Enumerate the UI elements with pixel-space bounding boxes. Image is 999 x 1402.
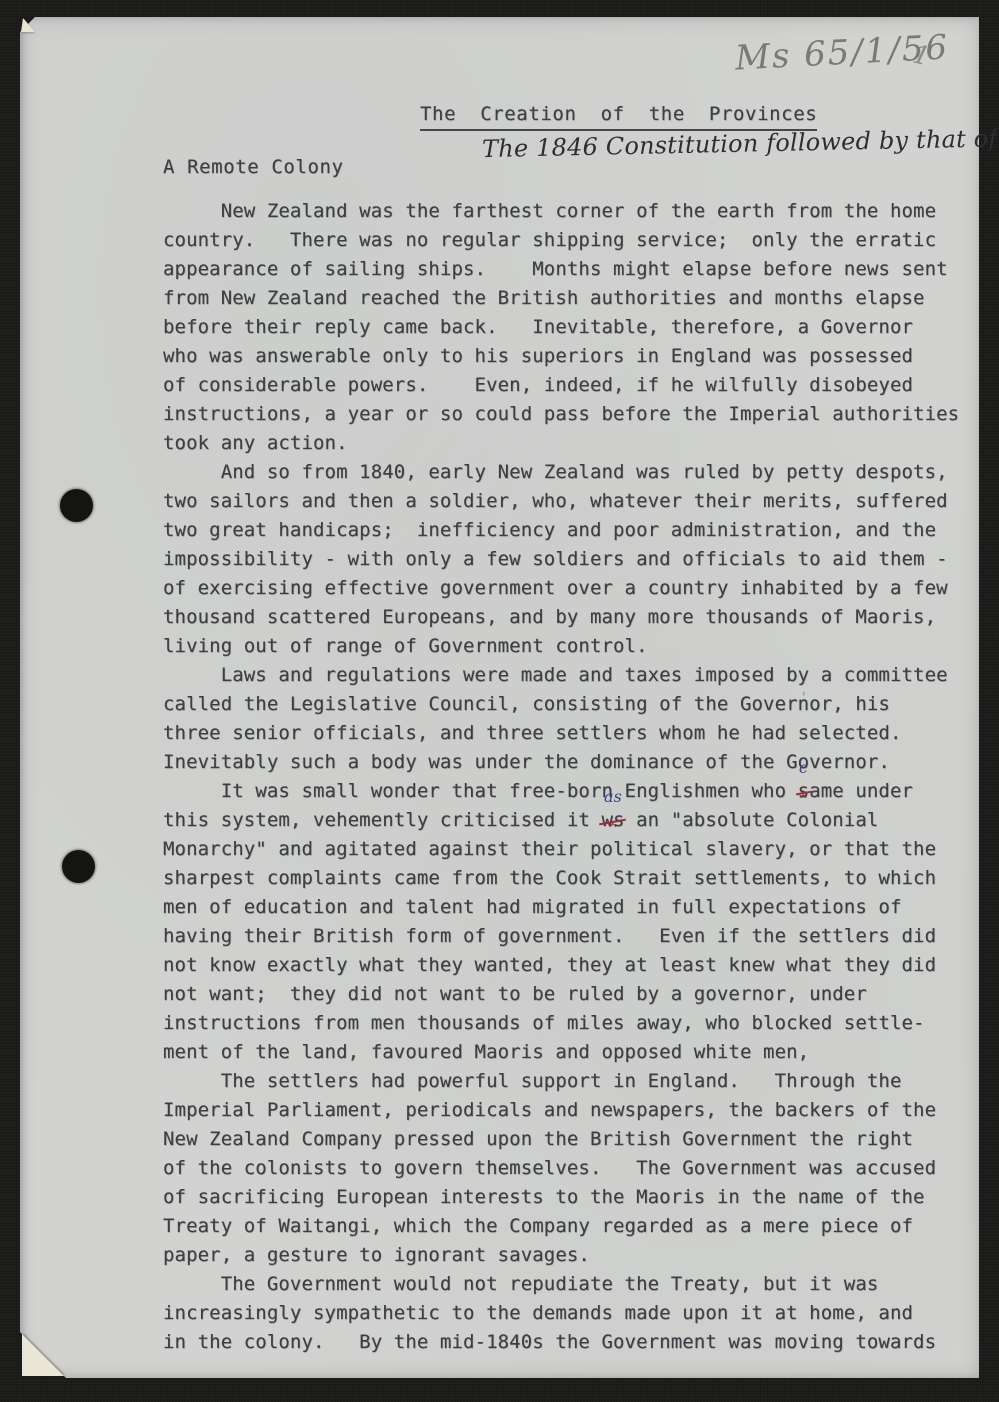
text-line: of sacrificing European interests to the… — [163, 1183, 975, 1212]
typed-text: New Zealand Company pressed upon the Bri… — [163, 1128, 913, 1150]
typescript-body: New Zealand was the farthest corner of t… — [163, 197, 975, 1357]
paragraph: And so from 1840, early New Zealand was … — [163, 458, 975, 661]
bottom-left-corner-fold — [22, 1334, 64, 1376]
punch-hole-icon — [60, 489, 93, 522]
section-heading: A Remote Colony — [163, 156, 344, 178]
typed-text: called the Legislative Council, consisti… — [163, 693, 890, 715]
paragraph: Laws and regulations were made and taxes… — [163, 661, 975, 777]
text-line: sharpest complaints came from the Cook S… — [163, 864, 975, 893]
inline-correction: sc^ — [798, 777, 810, 806]
text-line: paper, a gesture to ignorant savages. — [163, 1241, 975, 1270]
text-line: And so from 1840, early New Zealand was … — [163, 458, 975, 487]
typed-text: not know exactly what they wanted, they … — [163, 954, 936, 976]
typed-text: three senior officials, and three settle… — [163, 722, 902, 744]
text-line: who was answerable only to his superiors… — [163, 342, 975, 371]
text-line: two sailors and then a soldier, who, wha… — [163, 487, 975, 516]
text-line: New Zealand was the farthest corner of t… — [163, 197, 975, 226]
text-line: increasingly sympathetic to the demands … — [163, 1299, 975, 1328]
typed-text: And so from 1840, early New Zealand was … — [163, 461, 948, 483]
text-line: instructions, a year or so could pass be… — [163, 400, 975, 429]
typed-text: appearance of sailing ships. Months migh… — [163, 258, 948, 280]
text-line: New Zealand Company pressed upon the Bri… — [163, 1125, 975, 1154]
typed-text: two great handicaps; inefficiency and po… — [163, 519, 936, 541]
text-line: called the Legislative Council, consisti… — [163, 690, 975, 719]
text-line: of the colonists to govern themselves. T… — [163, 1154, 975, 1183]
typed-text: instructions, a year or so could pass be… — [163, 403, 959, 425]
typed-text: ame under — [809, 780, 913, 802]
typed-text: ment of the land, favoured Maoris and op… — [163, 1041, 809, 1063]
typed-text: Inevitably such a body was under the dom… — [163, 751, 890, 773]
typed-text: Monarchy" and agitated against their pol… — [163, 838, 936, 860]
typed-text: of exercising effective government over … — [163, 577, 948, 599]
typed-text: in the colony. By the mid-1840s the Gove… — [163, 1331, 936, 1353]
typed-text: Imperial Parliament, periodicals and new… — [163, 1099, 936, 1121]
text-line: impossibility - with only a few soldiers… — [163, 545, 975, 574]
text-line: It was small wonder that free-born Engli… — [163, 777, 975, 806]
text-line: having their British form of government.… — [163, 922, 975, 951]
inline-correction: wsas^ — [601, 806, 624, 835]
text-line: instructions from men thousands of miles… — [163, 1009, 975, 1038]
text-line: thousand scattered Europeans, and by man… — [163, 603, 975, 632]
paragraph: The Government would not repudiate the T… — [163, 1270, 975, 1357]
typescript-page: Ms 65/1/56 1 ’ The Creation of the Provi… — [20, 17, 979, 1378]
typed-text: having their British form of government.… — [163, 925, 936, 947]
text-line: country. There was no regular shipping s… — [163, 226, 975, 255]
typed-text: Treaty of Waitangi, which the Company re… — [163, 1215, 913, 1237]
typed-text: The settlers had powerful support in Eng… — [163, 1070, 902, 1092]
typed-text: men of education and talent had migrated… — [163, 896, 902, 918]
text-line: The settlers had powerful support in Eng… — [163, 1067, 975, 1096]
typed-text: New Zealand was the farthest corner of t… — [163, 200, 936, 222]
text-line: men of education and talent had migrated… — [163, 893, 975, 922]
typed-text: The Government would not repudiate the T… — [163, 1273, 878, 1295]
typed-text: sharpest complaints came from the Cook S… — [163, 867, 936, 889]
handwritten-correction: as — [601, 789, 624, 805]
page-title: The Creation of the Provinces — [420, 103, 817, 131]
punch-hole-icon — [62, 850, 95, 883]
typed-text: thousand scattered Europeans, and by man… — [163, 606, 936, 628]
text-line: not want; they did not want to be ruled … — [163, 980, 975, 1009]
text-line: not know exactly what they wanted, they … — [163, 951, 975, 980]
text-line: Monarchy" and agitated against their pol… — [163, 835, 975, 864]
typed-text: not want; they did not want to be ruled … — [163, 983, 867, 1005]
typed-text: an "absolute Colonial — [625, 809, 879, 831]
typed-text: who was answerable only to his superiors… — [163, 345, 913, 367]
caret-mark: ^ — [601, 823, 624, 836]
paragraph: The settlers had powerful support in Eng… — [163, 1067, 975, 1270]
text-line: of exercising effective government over … — [163, 574, 975, 603]
typed-text: living out of range of Government contro… — [163, 635, 648, 657]
typed-text: paper, a gesture to ignorant savages. — [163, 1244, 590, 1266]
typed-text: impossibility - with only a few soldiers… — [163, 548, 948, 570]
typed-text: of considerable powers. Even, indeed, if… — [163, 374, 913, 396]
text-line: Treaty of Waitangi, which the Company re… — [163, 1212, 975, 1241]
typed-text: took any action. — [163, 432, 348, 454]
text-line: Imperial Parliament, periodicals and new… — [163, 1096, 975, 1125]
text-line: living out of range of Government contro… — [163, 632, 975, 661]
text-line: three senior officials, and three settle… — [163, 719, 975, 748]
typed-text: increasingly sympathetic to the demands … — [163, 1302, 913, 1324]
paragraph: It was small wonder that free-born Engli… — [163, 777, 975, 1067]
text-line: of considerable powers. Even, indeed, if… — [163, 371, 975, 400]
caret-mark: ^ — [798, 794, 810, 807]
text-line: in the colony. By the mid-1840s the Gove… — [163, 1328, 975, 1357]
typed-text: before their reply came back. Inevitable… — [163, 316, 913, 338]
typed-text: of sacrificing European interests to the… — [163, 1186, 925, 1208]
text-line: this system, vehemently criticised it ws… — [163, 806, 975, 835]
paragraph: New Zealand was the farthest corner of t… — [163, 197, 975, 458]
text-line: before their reply came back. Inevitable… — [163, 313, 975, 342]
top-left-corner-fold — [21, 18, 35, 32]
text-line: two great handicaps; inefficiency and po… — [163, 516, 975, 545]
text-line: took any action. — [163, 429, 975, 458]
text-line: ment of the land, favoured Maoris and op… — [163, 1038, 975, 1067]
typed-text: of the colonists to govern themselves. T… — [163, 1157, 936, 1179]
text-line: Inevitably such a body was under the dom… — [163, 748, 975, 777]
text-line: Laws and regulations were made and taxes… — [163, 661, 975, 690]
typed-text: country. There was no regular shipping s… — [163, 229, 936, 251]
handwritten-correction: c — [798, 760, 810, 776]
typed-text: It was small wonder that free-born Engli… — [163, 780, 798, 802]
text-line: appearance of sailing ships. Months migh… — [163, 255, 975, 284]
typed-text: Laws and regulations were made and taxes… — [163, 664, 948, 686]
typed-text: this system, vehemently criticised it — [163, 809, 601, 831]
text-line: The Government would not repudiate the T… — [163, 1270, 975, 1299]
typed-text: two sailors and then a soldier, who, wha… — [163, 490, 948, 512]
typed-text: from New Zealand reached the British aut… — [163, 287, 925, 309]
text-line: from New Zealand reached the British aut… — [163, 284, 975, 313]
typed-text: instructions from men thousands of miles… — [163, 1012, 925, 1034]
